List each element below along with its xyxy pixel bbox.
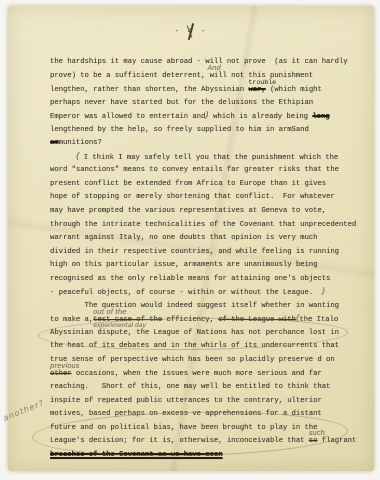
document-line: previousother occasions, when the issues…	[50, 368, 376, 382]
typed-text: lengthened by the help, so freely suppli…	[50, 126, 309, 134]
document-line: may have prompted the various representa…	[50, 205, 376, 219]
document-line: motives, based perhaps on excess ve appr…	[50, 408, 376, 422]
scanned-typescript-page: - 4 - the hardships it may cause abroad …	[8, 6, 374, 471]
typed-text: flagrant	[317, 437, 356, 445]
document-line: word "sanctions" means to convey entails…	[50, 164, 376, 178]
text-block: the hardships it may cause abroad - will…	[50, 56, 376, 462]
document-line: Emperor was allowed to entertain and) wh…	[50, 110, 376, 124]
pencil-margin-note: another?	[2, 398, 46, 423]
struck-out-line: breaches of the Covenant as we have seen	[50, 451, 223, 459]
document-line: the heat of its debates and in the whirl…	[50, 340, 376, 354]
typed-text	[50, 154, 76, 162]
page-number: - 4 -	[8, 28, 374, 36]
document-line: League's decision; for it is, otherwise,…	[50, 435, 376, 449]
typed-text: hope of stopping or merely shortening th…	[50, 193, 335, 201]
typed-text: the heat of its debates and in the whirl…	[50, 342, 339, 350]
typed-text: inspite of repeated public utterances to…	[50, 397, 322, 405]
document-line: present conflict be extended from Africa…	[50, 178, 376, 192]
document-line: divided in their respective countries, a…	[50, 246, 376, 260]
document-line: warrant against Italy, no one doubts tha…	[50, 232, 376, 246]
typed-text: League's decision; for it is, otherwise,…	[50, 437, 309, 445]
typed-text: warrant against Italy, no one doubts tha…	[50, 234, 317, 242]
document-line: to make a,out of theexperimental daytest…	[50, 313, 376, 327]
typed-text: occasions, when the issues were much mor…	[72, 370, 322, 378]
typed-text: reaching. Short of this, one may well be…	[50, 383, 330, 391]
document-line: hope of stopping or merely shortening th…	[50, 191, 376, 205]
page-number-label: - 4 -	[175, 28, 208, 36]
document-line: - peaceful objects, of course - within o…	[50, 286, 376, 300]
typed-text: perhaps never have started but for the d…	[50, 99, 313, 107]
typed-text: may have prompted the various representa…	[50, 207, 326, 215]
document-line: recognised as the only reliable means fo…	[50, 273, 376, 287]
typed-text: (which might	[266, 86, 322, 94]
typed-text: word "sanctions" means to convey entails…	[50, 166, 339, 174]
typed-text: the Italo	[299, 316, 338, 324]
document-line: lengthen, rather than shorten, the Abyss…	[50, 83, 376, 97]
typed-text: divided in their respective countries, a…	[50, 248, 339, 256]
document-line: perhaps never have started but for the d…	[50, 97, 376, 111]
document-line: inspite of repeated public utterances to…	[50, 395, 376, 409]
typed-text: high on this particular issue, armaments…	[50, 261, 317, 269]
typed-text: - peaceful objects, of course - within o…	[50, 289, 313, 297]
document-line: high on this particular issue, armaments…	[50, 259, 376, 273]
document-line: ammunitions?	[50, 137, 376, 151]
typed-text: efficiency,	[162, 316, 218, 324]
document-line: true sense of perspective which has been…	[50, 354, 376, 368]
typed-text: which is already being	[209, 113, 313, 121]
typed-text: the hardships it may cause abroad - will…	[50, 58, 348, 66]
typed-text: to make a,	[50, 316, 93, 324]
typed-text: true sense of perspective which has been…	[50, 356, 335, 364]
typed-text: Emperor was allowed to entertain and	[50, 113, 205, 121]
typed-text: Abyssinian dispute, the League of Nation…	[50, 329, 339, 337]
typed-text: through the intricate technicalities of …	[50, 221, 356, 229]
typed-text: motives, based perhaps on excess ve appr…	[50, 410, 322, 418]
document-line: reaching. Short of this, one may well be…	[50, 381, 376, 395]
typed-text: munitions?	[59, 139, 102, 147]
document-line: breaches of the Covenant as we have seen	[50, 449, 376, 463]
typed-text: future and on political bias, have been …	[50, 424, 317, 432]
document-line: prove) to be a sufficient deterrent, And…	[50, 70, 376, 84]
typed-text: present conflict be extended from Africa…	[50, 180, 326, 188]
document-line: through the intricate technicalities of …	[50, 219, 376, 233]
overstruck-typed-text: war,	[248, 86, 265, 94]
document-line: ( I think I may safely tell you that the…	[50, 151, 376, 165]
overstruck-typed-text: long	[312, 113, 329, 121]
pencil-mark: )	[313, 287, 325, 297]
typed-text: I think I may safely tell you that the p…	[79, 154, 338, 162]
document-line: lengthened by the help, so freely suppli…	[50, 124, 376, 138]
struck-typed-text: of the League with	[218, 316, 296, 324]
typed-text: recognised as the only reliable means fo…	[50, 275, 330, 283]
document-line: future and on political bias, have been …	[50, 422, 376, 436]
typed-text: lengthen, rather than shorten, the Abyss…	[50, 86, 248, 94]
overstruck-typed-text: am	[50, 139, 59, 147]
typed-text: prove) to be a sufficient deterrent,	[50, 72, 205, 80]
struck-typed-text: other	[50, 370, 72, 378]
